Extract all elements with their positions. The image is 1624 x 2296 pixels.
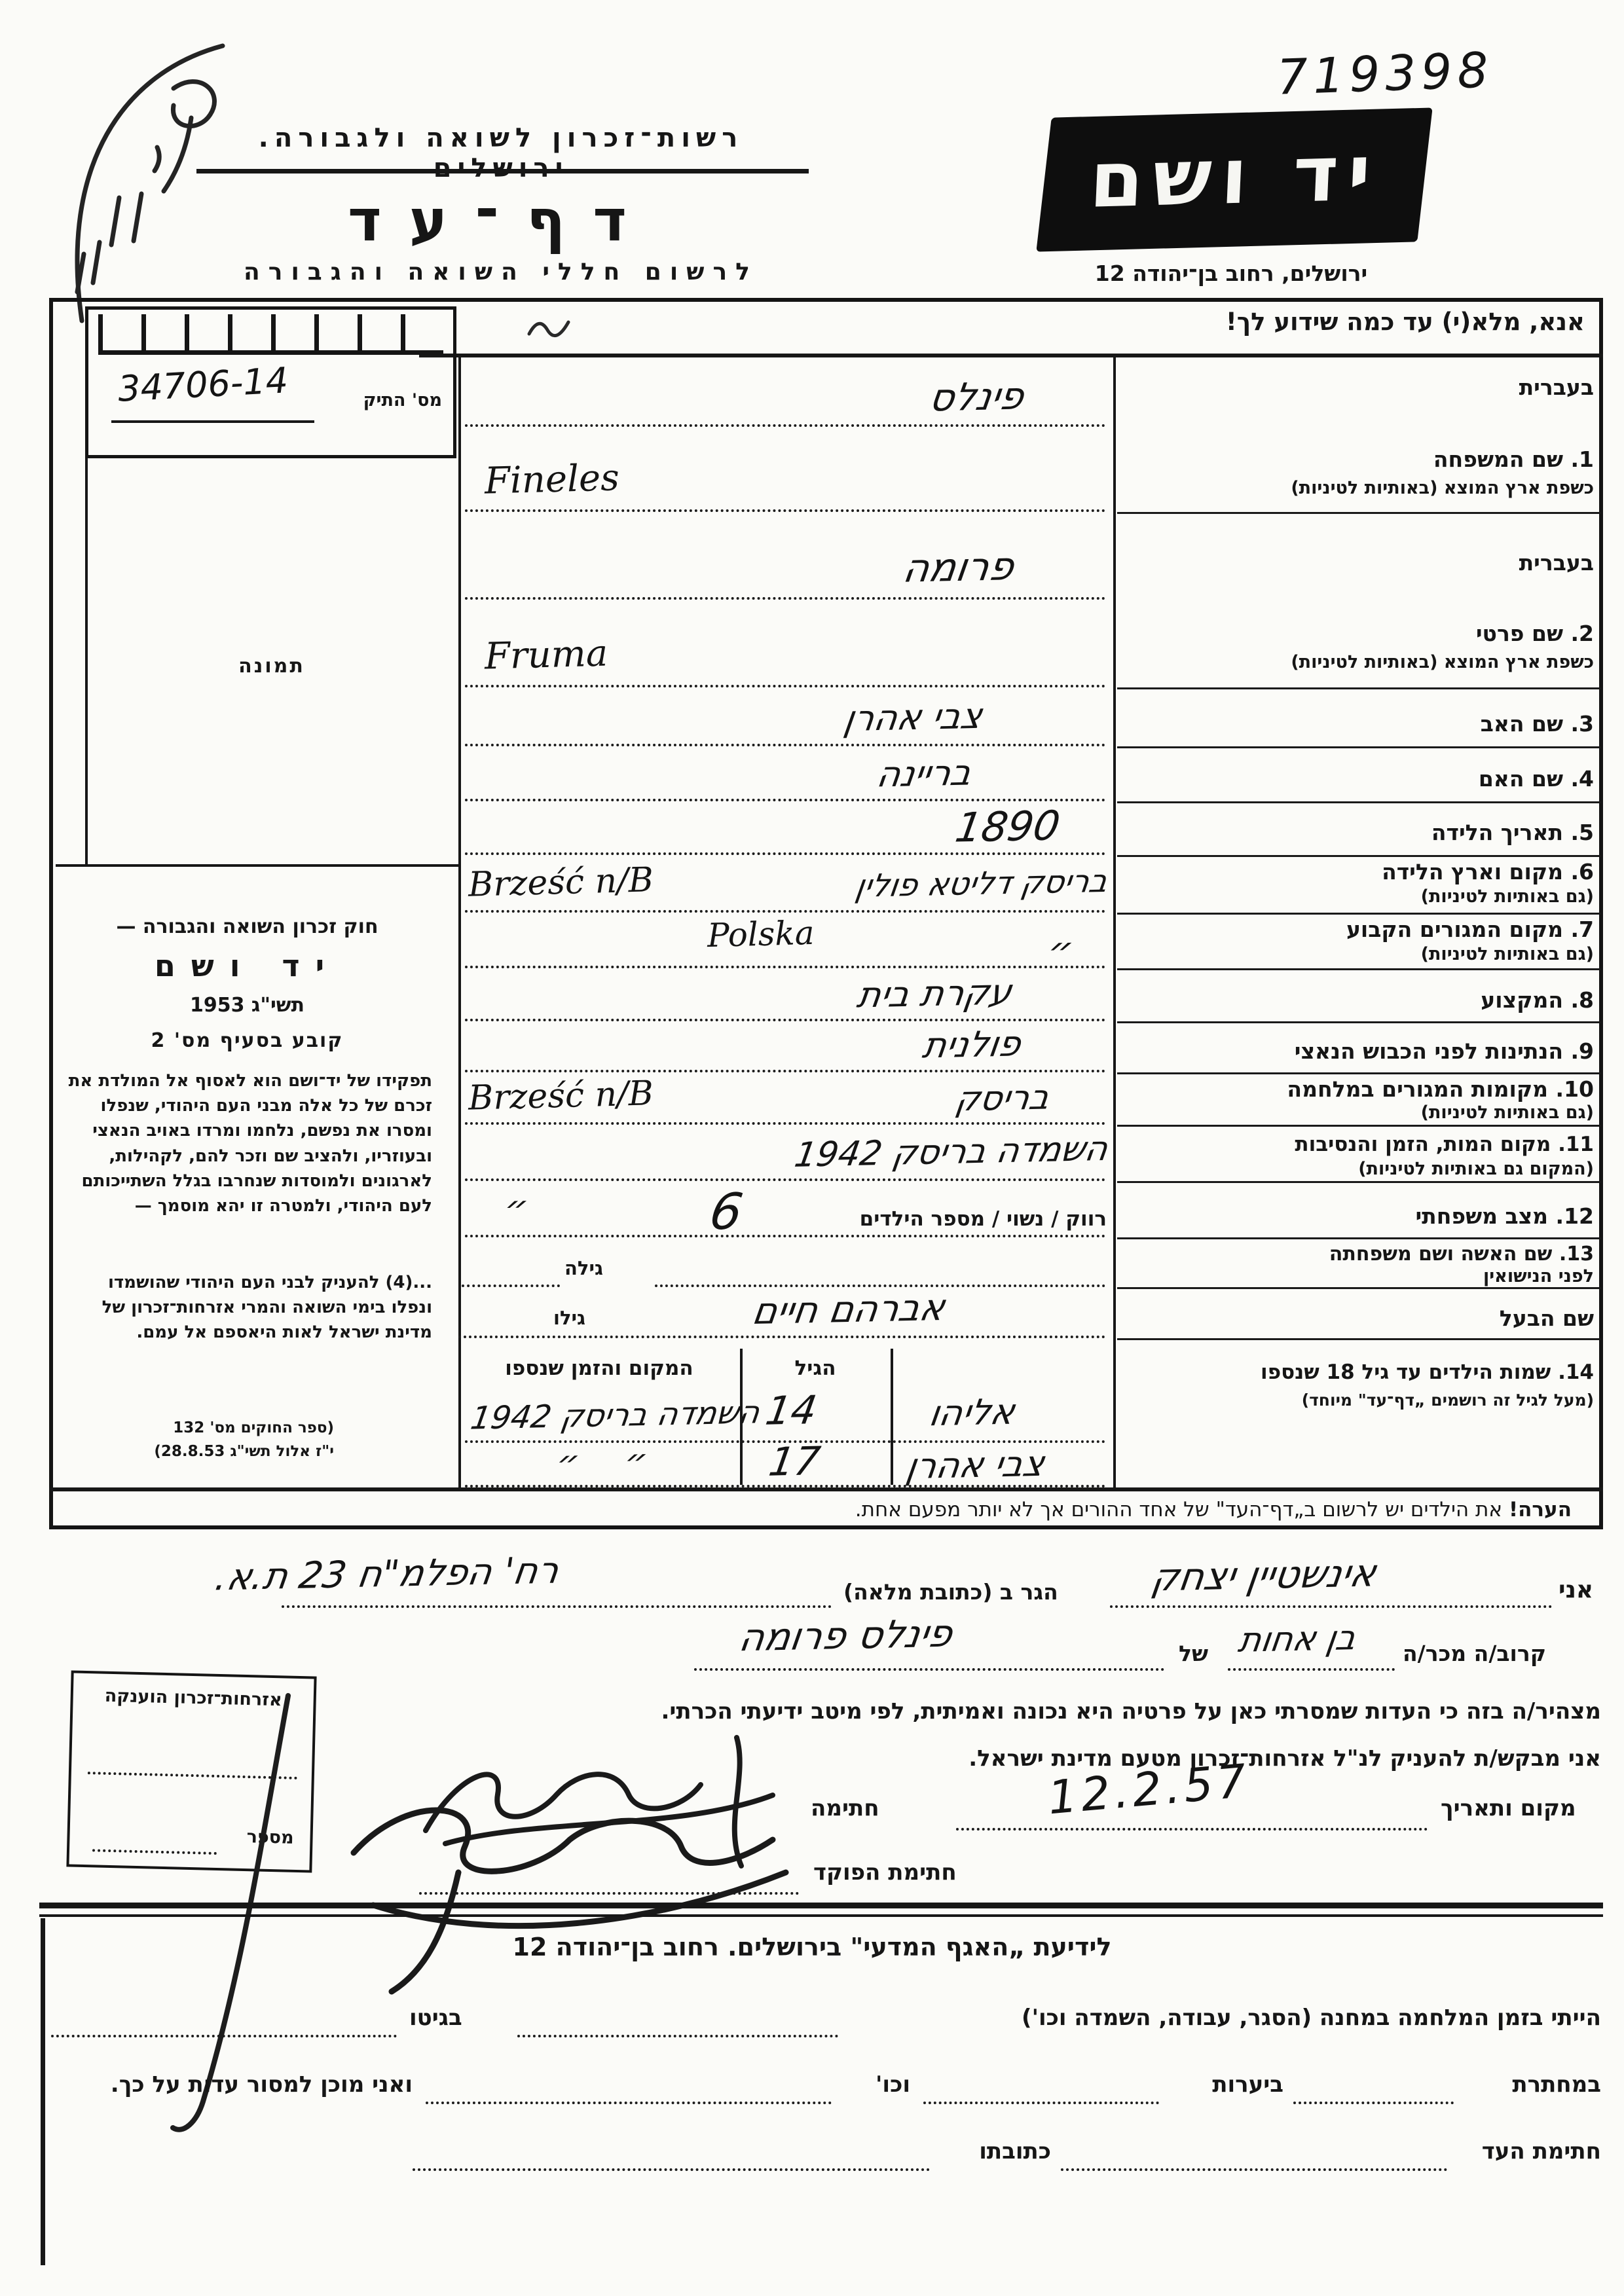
declaration-of-hw: פינלס פרומה — [736, 1611, 955, 1660]
field2-separator — [1117, 687, 1600, 689]
field1-language-label: בעברית — [1519, 374, 1594, 401]
form-subtitle: לרשום חללי השואה והגבורה — [196, 259, 805, 285]
note-line: הערה! את הילדים יש לרשום ב„דף־העד" של אח… — [65, 1498, 1572, 1522]
address-line: ירושלים, רחוב בן־יהודה 12 — [1008, 261, 1454, 286]
husband-name-label: שם הבעל — [1500, 1305, 1594, 1332]
signature-label: חתימה — [811, 1795, 879, 1821]
law-clause: ...(4) להעניק לבני העם היהודי שהושמדו ונ… — [62, 1270, 432, 1345]
footer-etc-label: וכו' — [848, 2071, 910, 2098]
declaration-i-label: אני — [1559, 1576, 1593, 1603]
law-title-line1: חוק זכרון השואה והגבורה — — [62, 915, 432, 938]
declaration-name-hw: אינשטיין יצחק — [1149, 1550, 1379, 1599]
child1-place: השמדה בריסק 1942 — [468, 1394, 762, 1436]
field8-label: 8. המקצוע — [1481, 987, 1594, 1013]
field11-sublabel: (המקום גם באותיות לטיניות) — [1358, 1159, 1594, 1179]
field10-hebrew-value: בריסק — [953, 1078, 1052, 1120]
field8-line — [465, 1019, 1105, 1021]
child1-name: אליהו — [927, 1391, 1018, 1434]
field8-separator — [1117, 1021, 1600, 1023]
field7-sublabel: (גם באותיות לטיניות) — [1421, 944, 1594, 964]
declaration-relation-label: קרוב/ה מכר/ה — [1403, 1641, 1546, 1666]
note-bold: הערה! — [1509, 1498, 1572, 1522]
field7-separator — [1117, 968, 1600, 970]
place-date-line — [956, 1828, 1428, 1831]
field4-value: בריינה — [874, 752, 974, 795]
field9-line — [465, 1070, 1105, 1072]
field11-line — [465, 1178, 1105, 1181]
yad-vashem-logo-text: יד ושם — [1043, 126, 1428, 227]
field13-separator — [1117, 1287, 1600, 1289]
footer-left-border — [41, 1918, 45, 2265]
field13-sublabel: לפני הנישואין — [1483, 1266, 1594, 1286]
field5-label: 5. תאריך הלידה — [1431, 820, 1594, 846]
declaration-address-line — [282, 1605, 832, 1608]
field13-label: 13. שם האשה ושם משפחתה — [1329, 1243, 1594, 1266]
field12-separator — [1117, 1237, 1600, 1239]
law-title-yad-vashem: יד ושם — [62, 948, 432, 983]
instruction-rule — [419, 354, 1603, 357]
field11-label: 11. מקום המות, הזמן והנסיבות — [1295, 1133, 1594, 1157]
fill-instruction: אנא, מלא(י) עד כמה שידוע לך! — [982, 308, 1585, 336]
field14-sublabel: (מעל לגיל זה רושמים „דף־עד" מיוחד) — [1302, 1391, 1594, 1410]
field12-label: 12. מצב משפחתי — [1415, 1203, 1594, 1230]
declaration-name-line — [1110, 1605, 1552, 1608]
footer-line1-blank1 — [517, 2035, 838, 2037]
field13-line — [655, 1285, 1105, 1287]
footer-title: לידיעת „האגף המדעי" בירושלים. רחוב בן־יה… — [321, 1933, 1303, 1961]
label-column-divider — [1113, 357, 1116, 1487]
field2-latin-line — [465, 685, 1105, 687]
registry-number-handwritten: 719398 — [1276, 42, 1494, 105]
law-title-section: קובע בסעיף מס' 2 — [62, 1029, 432, 1052]
field3-label: 3. שם האב — [1481, 711, 1594, 737]
declaration-of-label: של — [1179, 1641, 1208, 1666]
official-signature — [314, 1768, 812, 2003]
yad-vashem-logo: יד ושם — [1036, 107, 1432, 251]
law-title-year: תשי"ג 1953 — [62, 994, 432, 1017]
footer-ghetto-label: בגיטו — [409, 2005, 462, 2031]
field13-age-label: גילה — [564, 1257, 603, 1279]
left-column-divider — [458, 357, 461, 1487]
footer-line1-label: הייתי בזמן המלחמה במחנה (הסגר, עבודה, הש… — [851, 2005, 1601, 2031]
authority-underline — [196, 169, 809, 173]
table-divider-age-name — [891, 1349, 893, 1485]
footer-line2-blank1 — [1293, 2102, 1454, 2104]
field9-value: פולנית — [920, 1023, 1024, 1066]
law-source-line2: י"ז אלול תשי"ג 28.8.53) — [72, 1443, 334, 1460]
field4-separator — [1117, 801, 1600, 803]
child2-place: ״ ״ — [553, 1441, 651, 1484]
footer-underground-label: במחתרת — [1467, 2071, 1601, 2098]
footer-forests-label: ביערות — [1172, 2071, 1283, 2098]
child1-age: 14 — [762, 1387, 819, 1434]
field9-separator — [1117, 1072, 1600, 1074]
field11-separator — [1117, 1181, 1600, 1183]
field6-sublabel: (גם באותיות לטיניות) — [1421, 886, 1594, 907]
field6-line — [465, 910, 1105, 913]
field2-language-label: בעברית — [1519, 550, 1594, 576]
field1-latin-value: Fineles — [484, 456, 619, 502]
section-double-rule-top — [39, 1903, 1603, 1908]
field3-value: צבי אהרן — [841, 695, 986, 739]
table-header-age: הגיל — [747, 1357, 884, 1380]
husband-separator — [1117, 1338, 1600, 1340]
file-number-label: מס' התיק — [314, 390, 442, 410]
file-number-underline — [111, 420, 314, 423]
field9-label: 9. הנתינות לפני הכבוש הנאצי — [1295, 1038, 1594, 1065]
ruler-strip — [98, 314, 443, 355]
law-source-line1: (ספר החוקים מס' 132 — [72, 1419, 334, 1436]
check-scribble — [524, 308, 576, 347]
field4-line — [465, 799, 1105, 801]
daf-ed-scanned-form: { "scan": { "registry_number": "719398",… — [0, 0, 1624, 2296]
child2-age: 17 — [766, 1438, 822, 1485]
footer-line2-blank2 — [923, 2102, 1159, 2104]
field6-latin-value: Brześć n/B — [468, 860, 654, 904]
place-date-label: מקום ותאריך — [1441, 1795, 1576, 1821]
field10-latin-value: Brześć n/B — [468, 1074, 654, 1118]
field3-line — [465, 744, 1105, 746]
note-top-rule — [49, 1487, 1603, 1491]
field5-value: 1890 — [952, 801, 1063, 851]
footer-line3-blank2 — [413, 2168, 930, 2171]
note-text: את הילדים יש לרשום ב„דף־העד" של אחד ההור… — [855, 1498, 1509, 1522]
field1-hebrew-value: פינלס — [926, 374, 1027, 420]
field1-separator — [1117, 512, 1600, 514]
footer-line3-blank1 — [1061, 2168, 1447, 2171]
pencil-scribble — [20, 26, 242, 340]
field2-label: 2. שם פרטי — [1476, 621, 1594, 647]
field10-label: 10. מקומות המגורים במלחמה — [1287, 1076, 1594, 1102]
field6-separator — [1117, 913, 1600, 915]
field8-value: עקרת בית — [855, 972, 1015, 1016]
authority-title: רשות־זכרון לשואה ולגבורה. ירושלים — [196, 123, 805, 183]
husband-line — [458, 1336, 1105, 1338]
field12-line — [465, 1235, 1105, 1237]
field12-options: רווק / נשוי / מספר הילדים — [779, 1207, 1107, 1231]
field2-sublabel: כשפת ארץ המוצא (באותיות לטיניות) — [1291, 652, 1594, 672]
form-title: דף־עד — [196, 187, 805, 254]
declaration-of-line — [694, 1668, 1164, 1671]
footer-testimony-offer: ואני מוכן למסור עדות על כך. — [59, 2071, 413, 2098]
footer-line1-blank2 — [51, 2035, 397, 2037]
photo-placeholder-label: תמונה — [85, 655, 458, 678]
declaration-relation-hw: בן אחות — [1236, 1618, 1359, 1660]
field3-separator — [1117, 746, 1600, 748]
field2-hebrew-value: פרומה — [900, 543, 1017, 591]
field6-latin-country-value: Polska — [707, 914, 815, 955]
field10-separator — [1117, 1125, 1600, 1127]
field2-latin-value: Fruma — [484, 632, 608, 678]
field2-hebrew-line — [465, 597, 1105, 600]
field7-label: 7. מקום המגורים הקבוע — [1346, 917, 1594, 943]
child2-name: צבי אהרן — [904, 1443, 1048, 1487]
declaration-relation-line — [1228, 1668, 1395, 1671]
official-signature-label: חתימת הפוקד — [813, 1859, 957, 1886]
declaration-statement: מצהיר/ה בזה כי העדות שמסרתי כאן על פרטיה… — [419, 1698, 1601, 1724]
section-double-rule-bottom — [39, 1914, 1603, 1917]
footer-line2-blank3 — [426, 2102, 832, 2104]
field1-latin-line — [465, 509, 1105, 512]
declaration-address-hw: רח' הפלמ"ח 23 ת.א. — [212, 1550, 562, 1599]
footer-address-label: כתובתו — [950, 2138, 1051, 2164]
photo-box-bottom-border — [56, 864, 458, 867]
husband-value: אברהם חיים — [749, 1286, 948, 1333]
field4-label: 4. שם האם — [1479, 766, 1594, 792]
law-body: תפקידו של יד־ושם הוא לאסוף אל המולדת את … — [62, 1068, 432, 1218]
footer-witness-signature-label: חתימת העד — [1464, 2138, 1601, 2164]
declaration-address-label: הגר ב (כתובת מלאה) — [843, 1579, 1058, 1605]
table-header-place: המקום והזמן שנספו — [465, 1357, 733, 1380]
field5-line — [465, 852, 1105, 855]
husband-age-label: גילו — [553, 1307, 585, 1329]
field1-label: 1. שם המשפחה — [1433, 446, 1594, 473]
field6-label: 6. מקום וארץ הלידה — [1382, 859, 1594, 885]
field10-line — [465, 1122, 1105, 1125]
field13-age-line — [462, 1285, 560, 1287]
field1-hebrew-line — [465, 424, 1105, 427]
field14-label: 14. שמות הילדים עד גיל 18 שנספו — [1261, 1360, 1594, 1385]
field10-sublabel: (גם באותיות לטיניות) — [1421, 1102, 1594, 1123]
field5-separator — [1117, 855, 1600, 857]
field1-sublabel: כשפת ארץ המוצא (באותיות לטיניות) — [1291, 478, 1594, 498]
field7-line — [465, 966, 1105, 968]
